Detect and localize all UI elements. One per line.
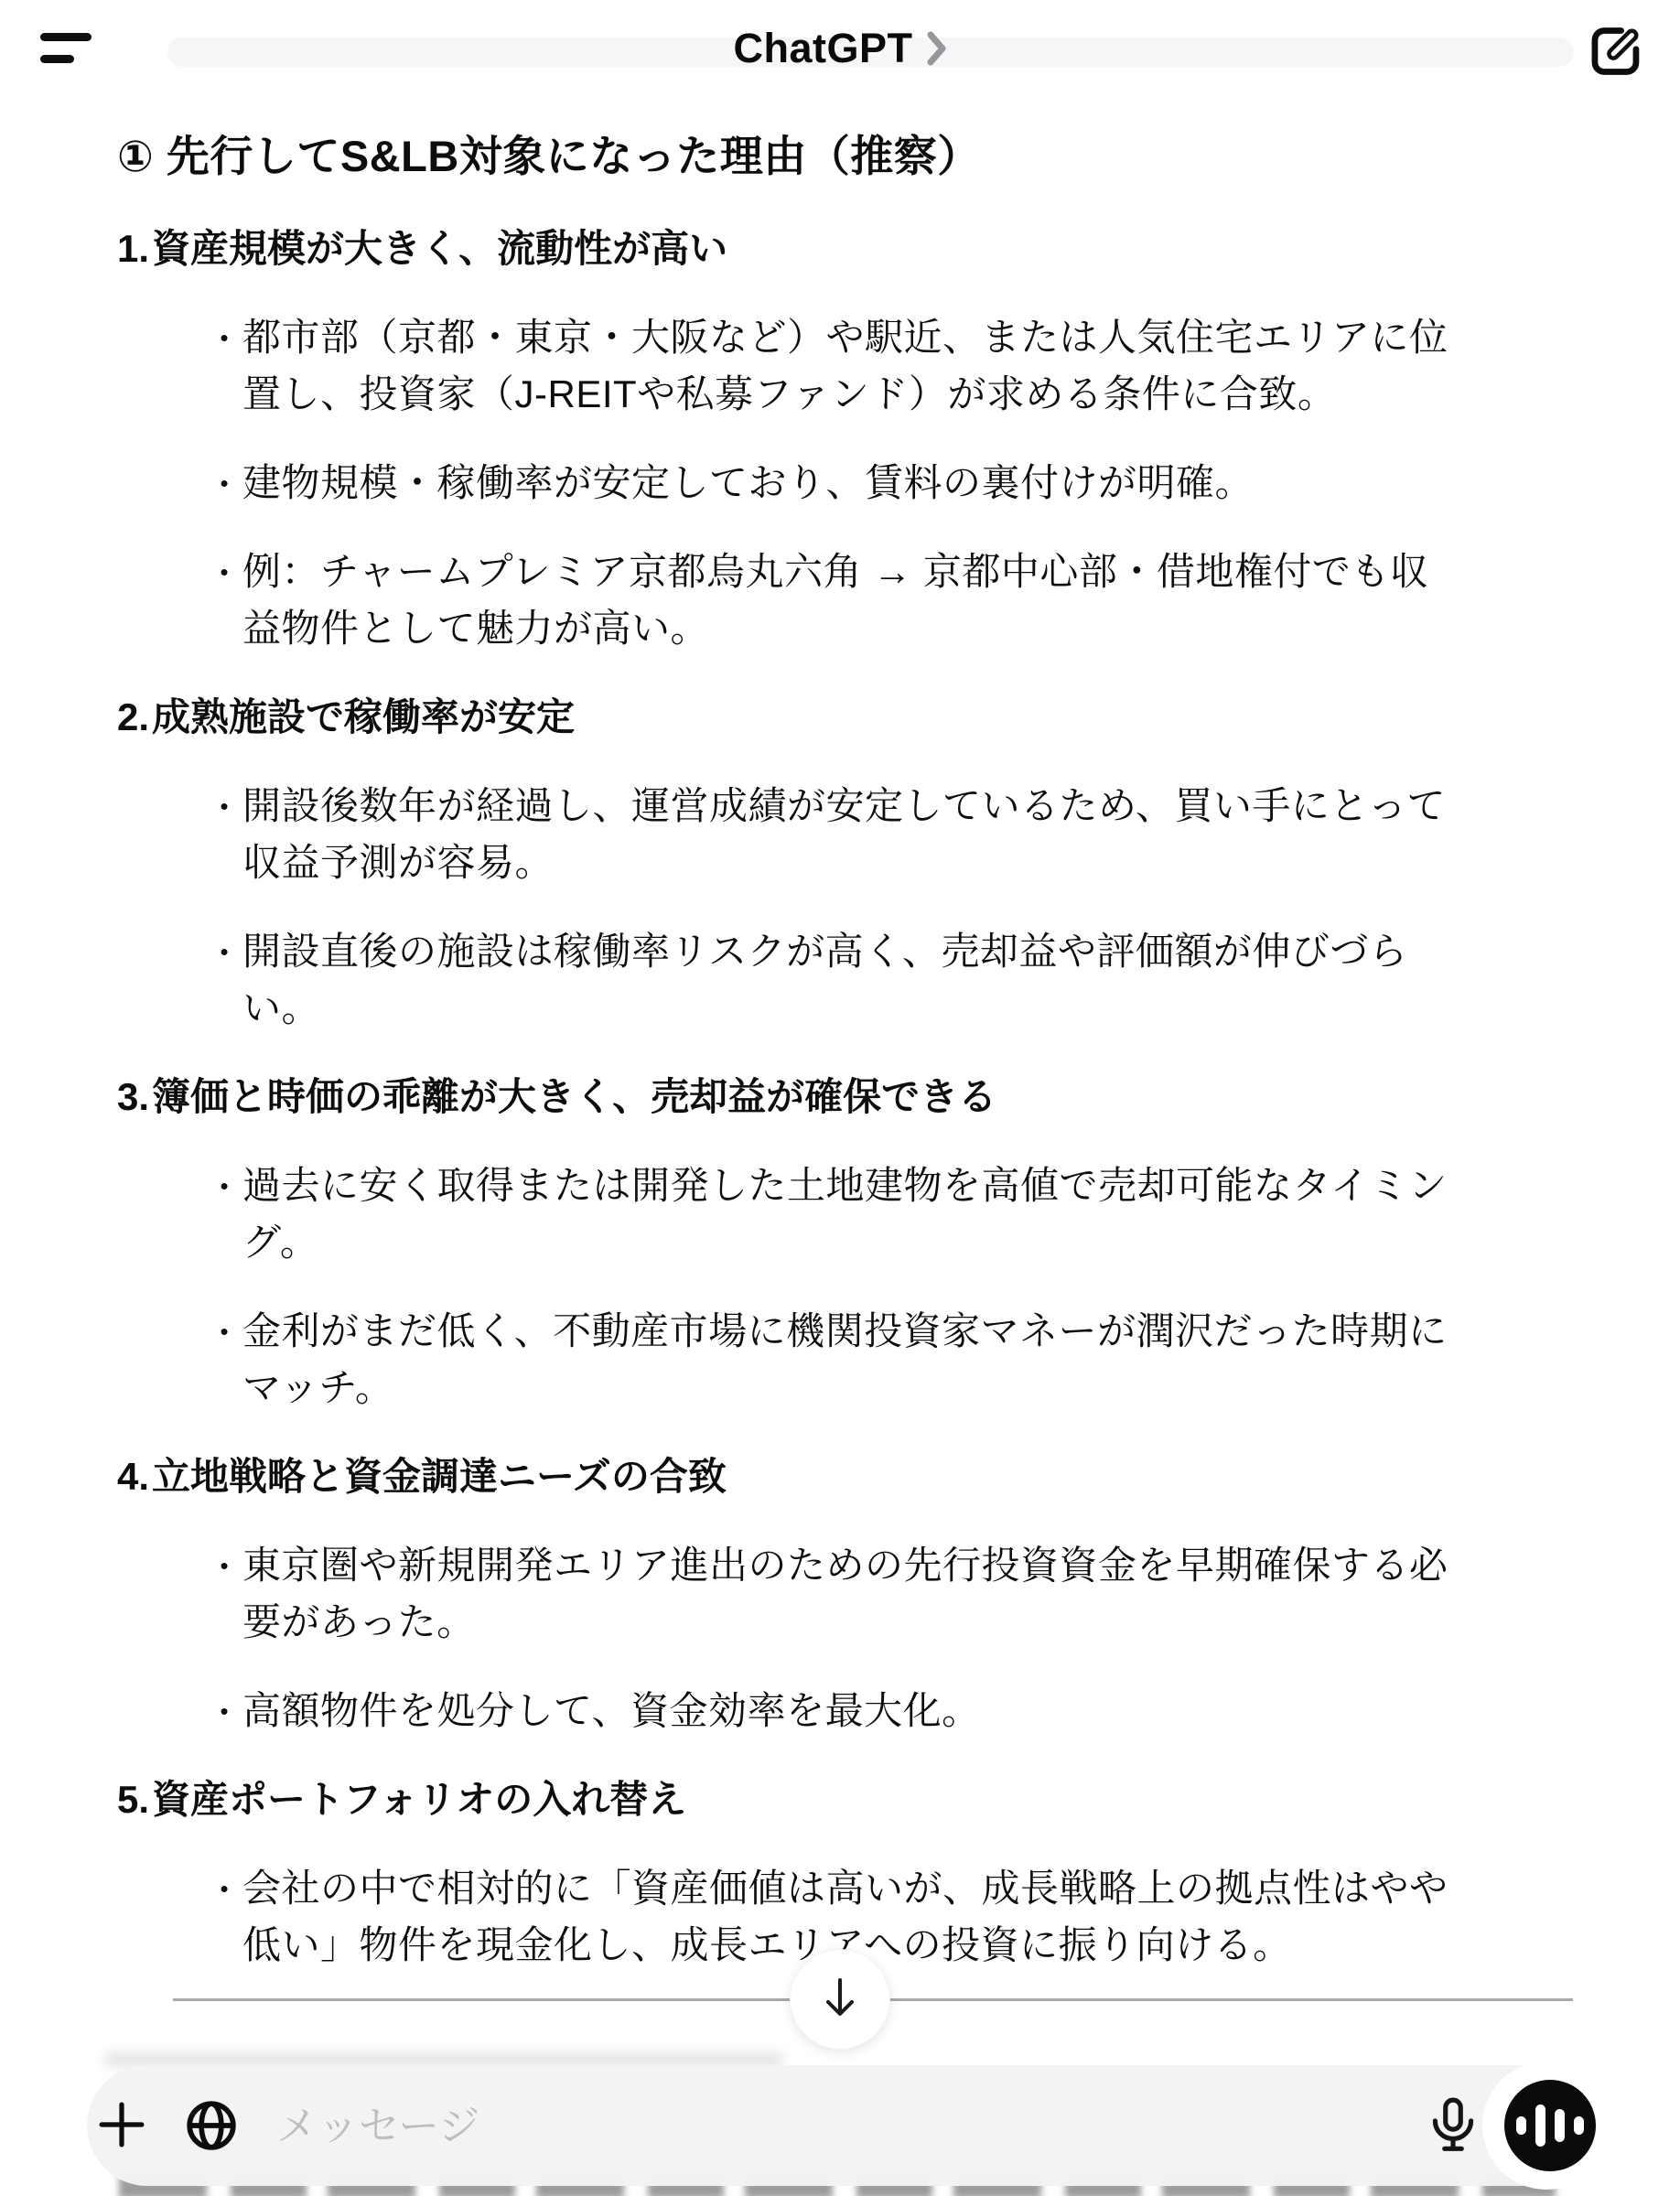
message-section: 4. 立地戦略と資金調達ニーズの合致 • 東京圏や新規開発エリア進出のための先行…: [117, 1448, 1583, 1739]
bullet-list: • 東京圏や新規開発エリア進出のための先行投資資金を早期確保する必 要があった。…: [117, 1537, 1583, 1739]
message-section: 5. 資産ポートフォリオの入れ替え • 会社の中で相対的に「資産価値は高いが、成…: [117, 1771, 1583, 1974]
bullet-list: • 過去に安く取得または開発した土地建物を高値で売却可能なタイミン グ。 • 金…: [117, 1157, 1583, 1416]
bullet-text: 建物規模・稼働率が安定しており、賃料の裏付けが明確。: [242, 455, 1254, 511]
attach-plus-button[interactable]: [99, 2102, 145, 2148]
message-input[interactable]: [275, 2097, 1330, 2156]
section-number: 1.: [117, 221, 152, 277]
message-heading: ① 先行してS&LB対象になった理由（推察）: [117, 124, 1583, 188]
voice-waveform-icon: [1516, 2116, 1526, 2135]
compose-icon: [1583, 18, 1649, 84]
scroll-to-bottom-button[interactable]: [790, 1949, 890, 2050]
section-title: 4. 立地戦略と資金調達ニーズの合致: [117, 1448, 1583, 1505]
section-number: 5.: [117, 1771, 152, 1828]
bullet-dot: •: [206, 1683, 242, 1739]
bullet-text: 金利がまだ低く、不動産市場に機関投資家マネーが潤沢だった時期に マッチ。: [242, 1303, 1448, 1416]
list-item: • 開設直後の施設は稼働率リスクが高く、売却益や評価額が伸びづら い。: [117, 923, 1583, 1037]
list-item: • 例：チャームプレミア京都烏丸六角 → 京都中心部・借地権付でも収 益物件とし…: [117, 544, 1583, 657]
section-title-text: 成熟施設で稼働率が安定: [152, 689, 575, 746]
bullet-text: 高額物件を処分して、資金効率を最大化。: [242, 1683, 981, 1739]
arrow-down-icon: [811, 1970, 869, 2029]
section-title: 5. 資産ポートフォリオの入れ替え: [117, 1771, 1583, 1828]
bullet-text: 都市部（京都・東京・大阪など）や駅近、または人気住宅エリアに位 置し、投資家（J…: [242, 309, 1448, 423]
message-body: 1. 資産規模が大きく、流動性が高い • 都市部（京都・東京・大阪など）や駅近、…: [117, 221, 1583, 1974]
microphone-icon: [1424, 2096, 1482, 2155]
bullet-text: 開設直後の施設は稼働率リスクが高く、売却益や評価額が伸びづら い。: [242, 923, 1407, 1037]
new-chat-button[interactable]: [1583, 18, 1649, 84]
voice-mode-button[interactable]: [1504, 2080, 1596, 2171]
assistant-message: ① 先行してS&LB対象になった理由（推察） 1. 資産規模が大きく、流動性が高…: [0, 101, 1680, 2006]
bullet-text: 過去に安く取得または開発した土地建物を高値で売却可能なタイミン グ。: [242, 1157, 1448, 1271]
list-item: • 東京圏や新規開発エリア進出のための先行投資資金を早期確保する必 要があった。: [117, 1537, 1583, 1651]
app-title: ChatGPT: [733, 25, 912, 72]
bullet-dot: •: [206, 1157, 242, 1271]
section-title: 1. 資産規模が大きく、流動性が高い: [117, 221, 1583, 277]
list-item: • 過去に安く取得または開発した土地建物を高値で売却可能なタイミン グ。: [117, 1157, 1583, 1271]
dictation-button[interactable]: [1424, 2096, 1482, 2155]
plus-icon: [99, 2102, 145, 2148]
section-number: 2.: [117, 689, 152, 746]
bullet-dot: •: [206, 923, 242, 1037]
list-item: • 高額物件を処分して、資金効率を最大化。: [117, 1683, 1583, 1739]
section-number: 3.: [117, 1069, 152, 1125]
message-section: 3. 簿価と時価の乖離が大きく、売却益が確保できる • 過去に安く取得または開発…: [117, 1069, 1583, 1416]
list-item: • 開設後数年が経過し、運営成績が安定しているため、買い手にとって 収益予測が容…: [117, 778, 1583, 891]
header: ChatGPT: [0, 0, 1680, 101]
bullet-list: • 開設後数年が経過し、運営成績が安定しているため、買い手にとって 収益予測が容…: [117, 778, 1583, 1037]
section-title-text: 資産規模が大きく、流動性が高い: [152, 221, 727, 277]
bullet-text: 東京圏や新規開発エリア進出のための先行投資資金を早期確保する必 要があった。: [242, 1537, 1448, 1651]
bullet-dot: •: [206, 778, 242, 891]
list-item: • 建物規模・稼働率が安定しており、賃料の裏付けが明確。: [117, 455, 1583, 511]
section-title-text: 資産ポートフォリオの入れ替え: [152, 1771, 686, 1828]
model-title-button[interactable]: ChatGPT: [0, 16, 1680, 81]
section-title-text: 簿価と時価の乖離が大きく、売却益が確保できる: [152, 1069, 996, 1125]
bullet-text: 例：チャームプレミア京都烏丸六角 → 京都中心部・借地権付でも収 益物件として魅…: [242, 544, 1428, 657]
voice-waveform-icon: [1535, 2104, 1545, 2147]
chevron-right-icon: [927, 31, 947, 66]
globe-icon: [185, 2099, 238, 2152]
bullet-text: 開設後数年が経過し、運営成績が安定しているため、買い手にとって 収益予測が容易。: [242, 778, 1446, 891]
section-title: 3. 簿価と時価の乖離が大きく、売却益が確保できる: [117, 1069, 1583, 1125]
list-item: • 都市部（京都・東京・大阪など）や駅近、または人気住宅エリアに位 置し、投資家…: [117, 309, 1583, 423]
message-section: 1. 資産規模が大きく、流動性が高い • 都市部（京都・東京・大阪など）や駅近、…: [117, 221, 1583, 657]
web-search-button[interactable]: [185, 2099, 238, 2152]
bullet-dot: •: [206, 1860, 242, 1974]
bullet-dot: •: [206, 309, 242, 423]
bullet-dot: •: [206, 544, 242, 657]
section-title: 2. 成熟施設で稼働率が安定: [117, 689, 1583, 746]
bullet-dot: •: [206, 455, 242, 511]
section-number: 4.: [117, 1448, 152, 1505]
voice-waveform-icon: [1574, 2116, 1584, 2135]
section-title-text: 立地戦略と資金調達ニーズの合致: [152, 1448, 727, 1505]
bullet-list: • 都市部（京都・東京・大阪など）や駅近、または人気住宅エリアに位 置し、投資家…: [117, 309, 1583, 657]
bullet-dot: •: [206, 1303, 242, 1416]
voice-waveform-icon: [1555, 2109, 1565, 2142]
list-item: • 金利がまだ低く、不動産市場に機関投資家マネーが潤沢だった時期に マッチ。: [117, 1303, 1583, 1416]
bullet-dot: •: [206, 1537, 242, 1651]
message-section: 2. 成熟施設で稼働率が安定 • 開設後数年が経過し、運営成績が安定しているため…: [117, 689, 1583, 1037]
